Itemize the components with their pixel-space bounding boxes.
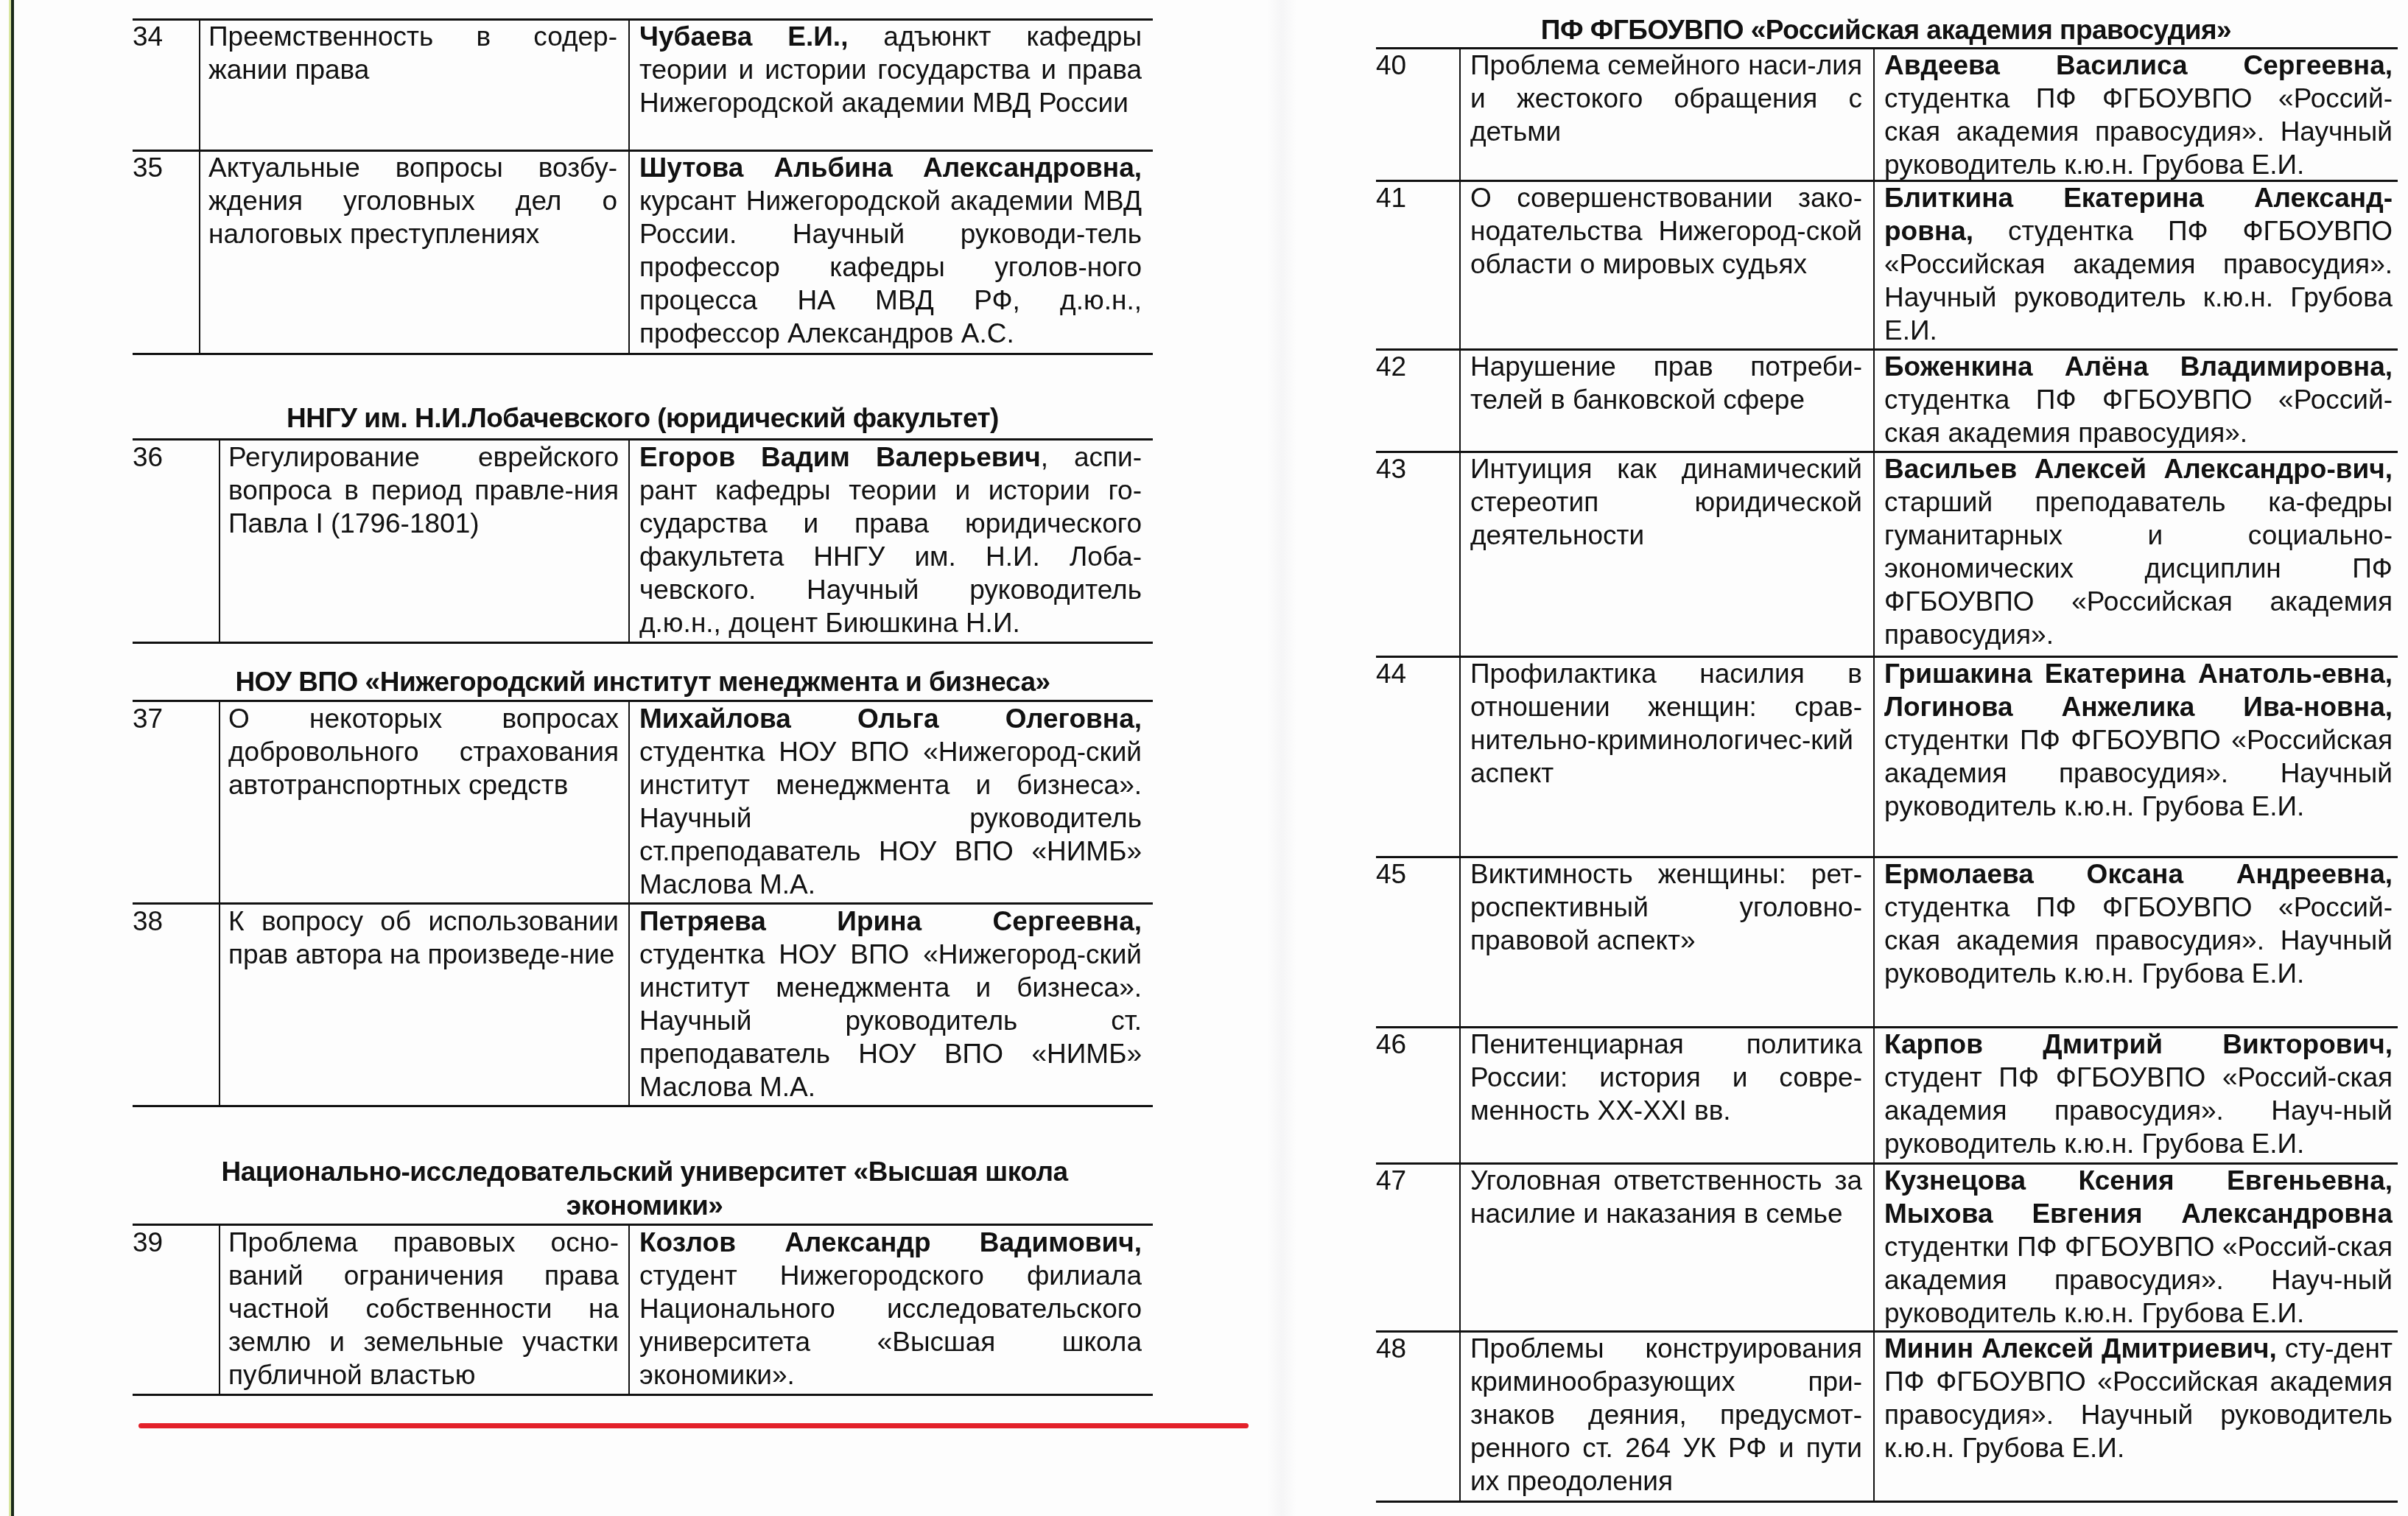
author-cell: Васильев Алексей Александро-вич, старший… xyxy=(1884,452,2393,651)
author-cell: Авдеева Василиса Сергеевна, студентка ПФ… xyxy=(1884,49,2393,181)
author-cell: Ермолаева Оксана Андреевна, студентка ПФ… xyxy=(1884,857,2393,990)
author-info: старший преподаватель ка-федры гуманитар… xyxy=(1884,487,2393,650)
author-cell: Минин Алексей Дмитриевич, сту-дент ПФ ФГ… xyxy=(1884,1332,2393,1464)
topic-cell: Нарушение прав потреби-телей в банковско… xyxy=(1470,350,1862,416)
author-info: студентка ПФ ФГБОУВПО «Россий-ская акаде… xyxy=(1884,892,2393,989)
topic-cell: О совершенствовании зако-нодательства Ни… xyxy=(1470,181,1862,281)
author-name: Карпов Дмитрий Викторович, xyxy=(1884,1029,2393,1059)
author-cell: Карпов Дмитрий Викторович, студент ПФ ФГ… xyxy=(1884,1028,2393,1160)
topic-cell: Виктимность женщины: рет-роспективный уг… xyxy=(1470,857,1862,957)
topic-cell: Проблема семейного наси-лия и жестокого … xyxy=(1470,49,1862,148)
author-info: студент ПФ ФГБОУВПО «Россий-ская академи… xyxy=(1884,1062,2393,1159)
author-cell: Гришакина Екатерина Анатоль-евна, Логино… xyxy=(1884,657,2393,823)
row-number: 41 xyxy=(1376,181,1444,214)
author-name: Васильев Алексей Александро-вич, xyxy=(1884,454,2393,484)
author-name: Ермолаева Оксана Андреевна, xyxy=(1884,859,2393,889)
topic-cell: Интуиция как динамический стереотип юрид… xyxy=(1470,452,1862,552)
author-name: Боженкина Алёна Владимировна, xyxy=(1884,351,2393,382)
author-name: Кузнецова Ксения Евгеньевна, Мыхова Евге… xyxy=(1884,1165,2393,1229)
author-cell: Кузнецова Ксения Евгеньевна, Мыхова Евге… xyxy=(1884,1164,2393,1330)
author-info: студентка ПФ ФГБОУВПО «Россий-ская акаде… xyxy=(1884,385,2393,448)
column-divider xyxy=(1873,49,1875,1501)
author-name: Гришакина Екатерина Анатоль-евна, Логино… xyxy=(1884,659,2393,722)
author-info: студентка ПФ ФГБОУВПО «Россий-ская акаде… xyxy=(1884,83,2393,180)
row-number: 47 xyxy=(1376,1164,1444,1197)
row-number: 42 xyxy=(1376,350,1444,383)
row-number: 43 xyxy=(1376,452,1444,485)
row-number: 40 xyxy=(1376,49,1444,82)
topic-cell: Проблемы конструирования криминообразующ… xyxy=(1470,1332,1862,1498)
author-cell: Блиткина Екатерина Александ-ровна, студе… xyxy=(1884,181,2393,347)
author-info: студентки ПФ ФГБОУВПО «Российская академ… xyxy=(1884,725,2393,821)
author-name: Авдеева Василиса Сергеевна, xyxy=(1884,50,2393,80)
author-name: Минин Алексей Дмитриевич, xyxy=(1884,1333,2277,1364)
section-heading: ПФ ФГБОУВПО «Российская академия правосу… xyxy=(1376,13,2396,47)
row-number: 45 xyxy=(1376,857,1444,891)
topic-cell: Пенитенциарная политика России: история … xyxy=(1470,1028,1862,1127)
column-divider xyxy=(1459,49,1461,1501)
right-page: ПФ ФГБОУВПО «Российская академия правосу… xyxy=(0,0,2408,1516)
row-number: 44 xyxy=(1376,657,1444,690)
topic-cell: Профилактика насилия в отношении женщин:… xyxy=(1470,657,1862,790)
topic-cell: Уголовная ответственность за насилие и н… xyxy=(1470,1164,1862,1230)
author-info: студентки ПФ ФГБОУВПО «Россий-ская акаде… xyxy=(1884,1232,2393,1328)
row-number: 48 xyxy=(1376,1332,1444,1365)
row-number: 46 xyxy=(1376,1028,1444,1061)
table-rule xyxy=(1376,1501,2398,1503)
author-cell: Боженкина Алёна Владимировна, студентка … xyxy=(1884,350,2393,449)
